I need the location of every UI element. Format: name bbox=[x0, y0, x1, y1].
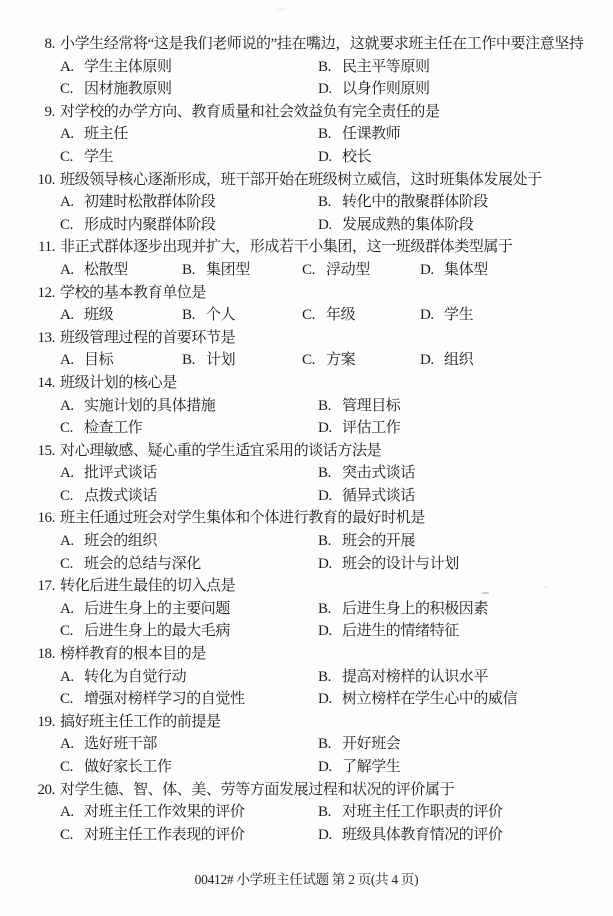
option: B.后进生身上的积极因素 bbox=[318, 598, 488, 621]
option: D.组织 bbox=[420, 349, 473, 372]
option-label: A. bbox=[60, 801, 84, 824]
options-row: A.对班主任工作效果的评价B.对班主任工作职责的评价 bbox=[0, 801, 613, 824]
option-text: 评估工作 bbox=[342, 420, 400, 436]
question-line: 9.对学校的办学方向、教育质量和社会效益负有完全责任的是 bbox=[0, 101, 613, 124]
question-line: 13.班级管理过程的首要环节是 bbox=[0, 327, 613, 350]
option-text: 对班主任工作职责的评价 bbox=[342, 804, 503, 820]
option-label: B. bbox=[318, 801, 342, 824]
option-label: D. bbox=[318, 146, 342, 169]
option: D.评估工作 bbox=[318, 417, 400, 440]
question-text: 学校的基本教育单位是 bbox=[60, 282, 206, 305]
option: B.个人 bbox=[182, 304, 235, 327]
scan-artifact bbox=[276, 8, 285, 11]
option-text: 班会的设计与计划 bbox=[342, 556, 459, 572]
option-text: 对班主任工作表现的评价 bbox=[84, 827, 245, 843]
option-text: 班会的组织 bbox=[84, 533, 157, 549]
question-number: 14. bbox=[28, 372, 55, 395]
option-label: D. bbox=[318, 688, 342, 711]
options-row: A.班级B.个人C.年级D.学生 bbox=[0, 304, 613, 327]
question-line: 19.搞好班主任工作的前提是 bbox=[0, 711, 613, 734]
option: A.初建时松散群体阶段 bbox=[60, 191, 215, 214]
options-row: A.初建时松散群体阶段B.转化中的散聚群体阶段 bbox=[0, 191, 613, 214]
option-label: D. bbox=[420, 259, 444, 282]
option-label: D. bbox=[318, 417, 342, 440]
options-row: A.目标B.计划C.方案D.组织 bbox=[0, 349, 613, 372]
option-label: B. bbox=[182, 304, 206, 327]
option-text: 后进生身上的最大毛病 bbox=[84, 623, 230, 639]
options-row: C.班会的总结与深化D.班会的设计与计划 bbox=[0, 553, 613, 576]
option: A.批评式谈话 bbox=[60, 462, 157, 485]
option-label: B. bbox=[318, 123, 342, 146]
question-line: 14.班级计划的核心是 bbox=[0, 372, 613, 395]
option: D.班会的设计与计划 bbox=[318, 553, 459, 576]
options-row: A.松散型B.集团型C.浮动型D.集体型 bbox=[0, 259, 613, 282]
option: C.浮动型 bbox=[302, 259, 370, 282]
option-label: B. bbox=[318, 395, 342, 418]
question-number: 18. bbox=[28, 643, 55, 666]
question-text: 班级管理过程的首要环节是 bbox=[60, 327, 235, 350]
scan-artifact bbox=[544, 586, 547, 588]
option-text: 转化为自觉行动 bbox=[84, 669, 186, 685]
question-number: 15. bbox=[28, 440, 55, 463]
options-row: C.学生D.校长 bbox=[0, 146, 613, 169]
option: D.以身作则原则 bbox=[318, 78, 430, 101]
option: C.形成时内聚群体阶段 bbox=[60, 214, 215, 237]
question-line: 17.转化后进生最佳的切入点是 bbox=[0, 575, 613, 598]
option: D.班级具体教育情况的评价 bbox=[318, 824, 503, 847]
question-number: 12. bbox=[28, 282, 55, 305]
option-label: A. bbox=[60, 349, 84, 372]
option-text: 松散型 bbox=[84, 262, 128, 278]
option-label: A. bbox=[60, 462, 84, 485]
options-row: C.后进生身上的最大毛病D.后进生的情绪特征 bbox=[0, 620, 613, 643]
question-line: 12.学校的基本教育单位是 bbox=[0, 282, 613, 305]
option-label: B. bbox=[318, 191, 342, 214]
options-row: A.批评式谈话B.突击式谈话 bbox=[0, 462, 613, 485]
option-text: 实施计划的具体措施 bbox=[84, 398, 215, 414]
option: C.对班主任工作表现的评价 bbox=[60, 824, 245, 847]
option: A.转化为自觉行动 bbox=[60, 666, 186, 689]
option-text: 班会的总结与深化 bbox=[84, 556, 201, 572]
option-text: 发展成熟的集体阶段 bbox=[342, 217, 473, 233]
option: D.了解学生 bbox=[318, 756, 400, 779]
option-label: A. bbox=[60, 598, 84, 621]
option-label: B. bbox=[318, 56, 342, 79]
option: C.点拨式谈话 bbox=[60, 485, 157, 508]
option: B.突击式谈话 bbox=[318, 462, 415, 485]
option-label: A. bbox=[60, 191, 84, 214]
question-line: 8.小学生经常将“这是我们老师说的”挂在嘴边，这就要求班主任在工作中要注意坚持 bbox=[0, 33, 613, 56]
option-label: C. bbox=[60, 146, 84, 169]
question-line: 15.对心理敏感、疑心重的学生适宜采用的谈话方法是 bbox=[0, 440, 613, 463]
option-text: 了解学生 bbox=[342, 759, 400, 775]
option-label: D. bbox=[318, 824, 342, 847]
option-text: 浮动型 bbox=[326, 262, 370, 278]
option-label: D. bbox=[318, 620, 342, 643]
option: B.对班主任工作职责的评价 bbox=[318, 801, 503, 824]
question-text: 小学生经常将“这是我们老师说的”挂在嘴边，这就要求班主任在工作中要注意坚持 bbox=[60, 33, 584, 56]
option-text: 方案 bbox=[326, 352, 355, 368]
question-number: 9. bbox=[28, 101, 55, 124]
option-label: B. bbox=[318, 530, 342, 553]
page-footer: 00412# 小学班主任试题 第 2 页(共 4 页) bbox=[0, 868, 613, 888]
option-text: 年级 bbox=[326, 307, 355, 323]
option: B.班会的开展 bbox=[318, 530, 415, 553]
question-number: 19. bbox=[28, 711, 55, 734]
question-number: 11. bbox=[28, 236, 55, 259]
option: D.发展成熟的集体阶段 bbox=[318, 214, 473, 237]
option-label: B. bbox=[318, 462, 342, 485]
options-row: C.增强对榜样学习的自觉性D.树立榜样在学生心中的威信 bbox=[0, 688, 613, 711]
option-text: 班主任 bbox=[84, 126, 128, 142]
question-text: 榜样教育的根本目的是 bbox=[60, 643, 206, 666]
option-text: 后进生身上的主要问题 bbox=[84, 601, 230, 617]
option-text: 检查工作 bbox=[84, 420, 142, 436]
option-text: 组织 bbox=[444, 352, 473, 368]
option: B.民主平等原则 bbox=[318, 56, 430, 79]
options-row: C.形成时内聚群体阶段D.发展成熟的集体阶段 bbox=[0, 214, 613, 237]
option-label: D. bbox=[318, 485, 342, 508]
option-label: C. bbox=[60, 824, 84, 847]
option-text: 学生主体原则 bbox=[84, 59, 172, 75]
option-label: D. bbox=[318, 78, 342, 101]
option-text: 增强对榜样学习的自觉性 bbox=[84, 691, 245, 707]
options-row: A.后进生身上的主要问题B.后进生身上的积极因素 bbox=[0, 598, 613, 621]
question-text: 对心理敏感、疑心重的学生适宜采用的谈话方法是 bbox=[60, 440, 381, 463]
option-label: D. bbox=[420, 304, 444, 327]
options-row: C.检查工作D.评估工作 bbox=[0, 417, 613, 440]
option-label: A. bbox=[60, 530, 84, 553]
option-label: B. bbox=[182, 349, 206, 372]
option-text: 学生 bbox=[84, 149, 113, 165]
option-label: A. bbox=[60, 123, 84, 146]
option-text: 个人 bbox=[206, 307, 235, 323]
option: D.循异式谈话 bbox=[318, 485, 415, 508]
question-text: 搞好班主任工作的前提是 bbox=[60, 711, 221, 734]
option-text: 提高对榜样的认识水平 bbox=[342, 669, 488, 685]
option-text: 班会的开展 bbox=[342, 533, 415, 549]
question-number: 17. bbox=[28, 575, 55, 598]
question-text: 班级领导核心逐渐形成，班干部开始在班级树立威信，这时班集体发展处于 bbox=[60, 169, 542, 192]
option-label: C. bbox=[60, 485, 84, 508]
options-row: A.班会的组织B.班会的开展 bbox=[0, 530, 613, 553]
option-label: B. bbox=[182, 259, 206, 282]
option-label: C. bbox=[60, 756, 84, 779]
option: D.集体型 bbox=[420, 259, 488, 282]
option-label: A. bbox=[60, 395, 84, 418]
options-row: A.实施计划的具体措施B.管理目标 bbox=[0, 395, 613, 418]
option-text: 班级 bbox=[84, 307, 113, 323]
option-text: 后进生的情绪特征 bbox=[342, 623, 459, 639]
option-text: 校长 bbox=[342, 149, 371, 165]
option-label: A. bbox=[60, 259, 84, 282]
option-text: 任课教师 bbox=[342, 126, 400, 142]
question-number: 10. bbox=[28, 169, 55, 192]
option-text: 循异式谈话 bbox=[342, 488, 415, 504]
option: C.因材施教原则 bbox=[60, 78, 172, 101]
option: A.松散型 bbox=[60, 259, 128, 282]
question-line: 10.班级领导核心逐渐形成，班干部开始在班级树立威信，这时班集体发展处于 bbox=[0, 169, 613, 192]
option-label: A. bbox=[60, 304, 84, 327]
option-text: 学生 bbox=[444, 307, 473, 323]
question-text: 对学校的办学方向、教育质量和社会效益负有完全责任的是 bbox=[60, 101, 440, 124]
option-text: 因材施教原则 bbox=[84, 81, 172, 97]
option-label: D. bbox=[318, 553, 342, 576]
option: B.提高对榜样的认识水平 bbox=[318, 666, 488, 689]
option-text: 管理目标 bbox=[342, 398, 400, 414]
question-text: 班主任通过班会对学生集体和个体进行教育的最好时机是 bbox=[60, 507, 425, 530]
questions-container: 8.小学生经常将“这是我们老师说的”挂在嘴边，这就要求班主任在工作中要注意坚持A… bbox=[0, 33, 613, 846]
option-text: 集团型 bbox=[206, 262, 250, 278]
option: A.后进生身上的主要问题 bbox=[60, 598, 230, 621]
option-label: C. bbox=[60, 78, 84, 101]
question-line: 20.对学生德、智、体、美、劳等方面发展过程和状况的评价属于 bbox=[0, 779, 613, 802]
option-text: 点拨式谈话 bbox=[84, 488, 157, 504]
option-text: 形成时内聚群体阶段 bbox=[84, 217, 215, 233]
option: D.校长 bbox=[318, 146, 371, 169]
option: D.树立榜样在学生心中的威信 bbox=[318, 688, 517, 711]
option-label: C. bbox=[60, 620, 84, 643]
option-text: 做好家长工作 bbox=[84, 759, 172, 775]
question-line: 16.班主任通过班会对学生集体和个体进行教育的最好时机是 bbox=[0, 507, 613, 530]
option-label: C. bbox=[60, 688, 84, 711]
option: B.任课教师 bbox=[318, 123, 400, 146]
option: C.后进生身上的最大毛病 bbox=[60, 620, 230, 643]
options-row: A.学生主体原则B.民主平等原则 bbox=[0, 56, 613, 79]
question-number: 20. bbox=[28, 779, 55, 802]
option-label: C. bbox=[302, 259, 326, 282]
option-label: A. bbox=[60, 733, 84, 756]
option: A.学生主体原则 bbox=[60, 56, 172, 79]
option-text: 目标 bbox=[84, 352, 113, 368]
option: C.做好家长工作 bbox=[60, 756, 172, 779]
options-row: C.做好家长工作D.了解学生 bbox=[0, 756, 613, 779]
option-text: 计划 bbox=[206, 352, 235, 368]
option: A.选好班干部 bbox=[60, 733, 157, 756]
option: C.增强对榜样学习的自觉性 bbox=[60, 688, 245, 711]
option-label: B. bbox=[318, 598, 342, 621]
option-text: 突击式谈话 bbox=[342, 465, 415, 481]
question-line: 11.非正式群体逐步出现并扩大，形成若干小集团，这一班级群体类型属于 bbox=[0, 236, 613, 259]
option: A.对班主任工作效果的评价 bbox=[60, 801, 245, 824]
option-text: 批评式谈话 bbox=[84, 465, 157, 481]
options-row: A.转化为自觉行动B.提高对榜样的认识水平 bbox=[0, 666, 613, 689]
option-label: A. bbox=[60, 666, 84, 689]
option: D.学生 bbox=[420, 304, 473, 327]
option: B.开好班会 bbox=[318, 733, 400, 756]
question-number: 13. bbox=[28, 327, 55, 350]
option-label: A. bbox=[60, 56, 84, 79]
option-label: D. bbox=[420, 349, 444, 372]
options-row: A.班主任B.任课教师 bbox=[0, 123, 613, 146]
option-text: 集体型 bbox=[444, 262, 488, 278]
options-row: C.点拨式谈话D.循异式谈话 bbox=[0, 485, 613, 508]
option-text: 民主平等原则 bbox=[342, 59, 430, 75]
option: C.学生 bbox=[60, 146, 113, 169]
option: C.年级 bbox=[302, 304, 355, 327]
option: C.班会的总结与深化 bbox=[60, 553, 201, 576]
question-text: 对学生德、智、体、美、劳等方面发展过程和状况的评价属于 bbox=[60, 779, 454, 802]
option-label: D. bbox=[318, 756, 342, 779]
option: A.班会的组织 bbox=[60, 530, 157, 553]
option-text: 后进生身上的积极因素 bbox=[342, 601, 488, 617]
option: A.班级 bbox=[60, 304, 113, 327]
option-label: D. bbox=[318, 214, 342, 237]
option: B.集团型 bbox=[182, 259, 250, 282]
option-text: 选好班干部 bbox=[84, 736, 157, 752]
option-label: C. bbox=[60, 417, 84, 440]
question-text: 班级计划的核心是 bbox=[60, 372, 177, 395]
option-text: 开好班会 bbox=[342, 736, 400, 752]
option-label: C. bbox=[60, 214, 84, 237]
option-label: B. bbox=[318, 666, 342, 689]
option-label: C. bbox=[60, 553, 84, 576]
option-text: 转化中的散聚群体阶段 bbox=[342, 194, 488, 210]
option: D.后进生的情绪特征 bbox=[318, 620, 459, 643]
option-text: 树立榜样在学生心中的威信 bbox=[342, 691, 517, 707]
option: A.实施计划的具体措施 bbox=[60, 395, 215, 418]
option: A.目标 bbox=[60, 349, 113, 372]
scan-artifact bbox=[482, 592, 489, 594]
question-number: 16. bbox=[28, 507, 55, 530]
options-row: C.因材施教原则D.以身作则原则 bbox=[0, 78, 613, 101]
option-label: C. bbox=[302, 304, 326, 327]
option-label: B. bbox=[318, 733, 342, 756]
option-label: C. bbox=[302, 349, 326, 372]
option: C.方案 bbox=[302, 349, 355, 372]
option: A.班主任 bbox=[60, 123, 128, 146]
option-text: 初建时松散群体阶段 bbox=[84, 194, 215, 210]
question-text: 转化后进生最佳的切入点是 bbox=[60, 575, 235, 598]
option: B.转化中的散聚群体阶段 bbox=[318, 191, 488, 214]
question-line: 18.榜样教育的根本目的是 bbox=[0, 643, 613, 666]
options-row: C.对班主任工作表现的评价D.班级具体教育情况的评价 bbox=[0, 824, 613, 847]
option-text: 班级具体教育情况的评价 bbox=[342, 827, 503, 843]
option-text: 以身作则原则 bbox=[342, 81, 430, 97]
exam-page: 8.小学生经常将“这是我们老师说的”挂在嘴边，这就要求班主任在工作中要注意坚持A… bbox=[0, 0, 613, 916]
options-row: A.选好班干部B.开好班会 bbox=[0, 733, 613, 756]
option: C.检查工作 bbox=[60, 417, 142, 440]
option-text: 对班主任工作效果的评价 bbox=[84, 804, 245, 820]
question-number: 8. bbox=[28, 33, 55, 56]
option: B.管理目标 bbox=[318, 395, 400, 418]
option: B.计划 bbox=[182, 349, 235, 372]
question-text: 非正式群体逐步出现并扩大，形成若干小集团，这一班级群体类型属于 bbox=[60, 236, 513, 259]
